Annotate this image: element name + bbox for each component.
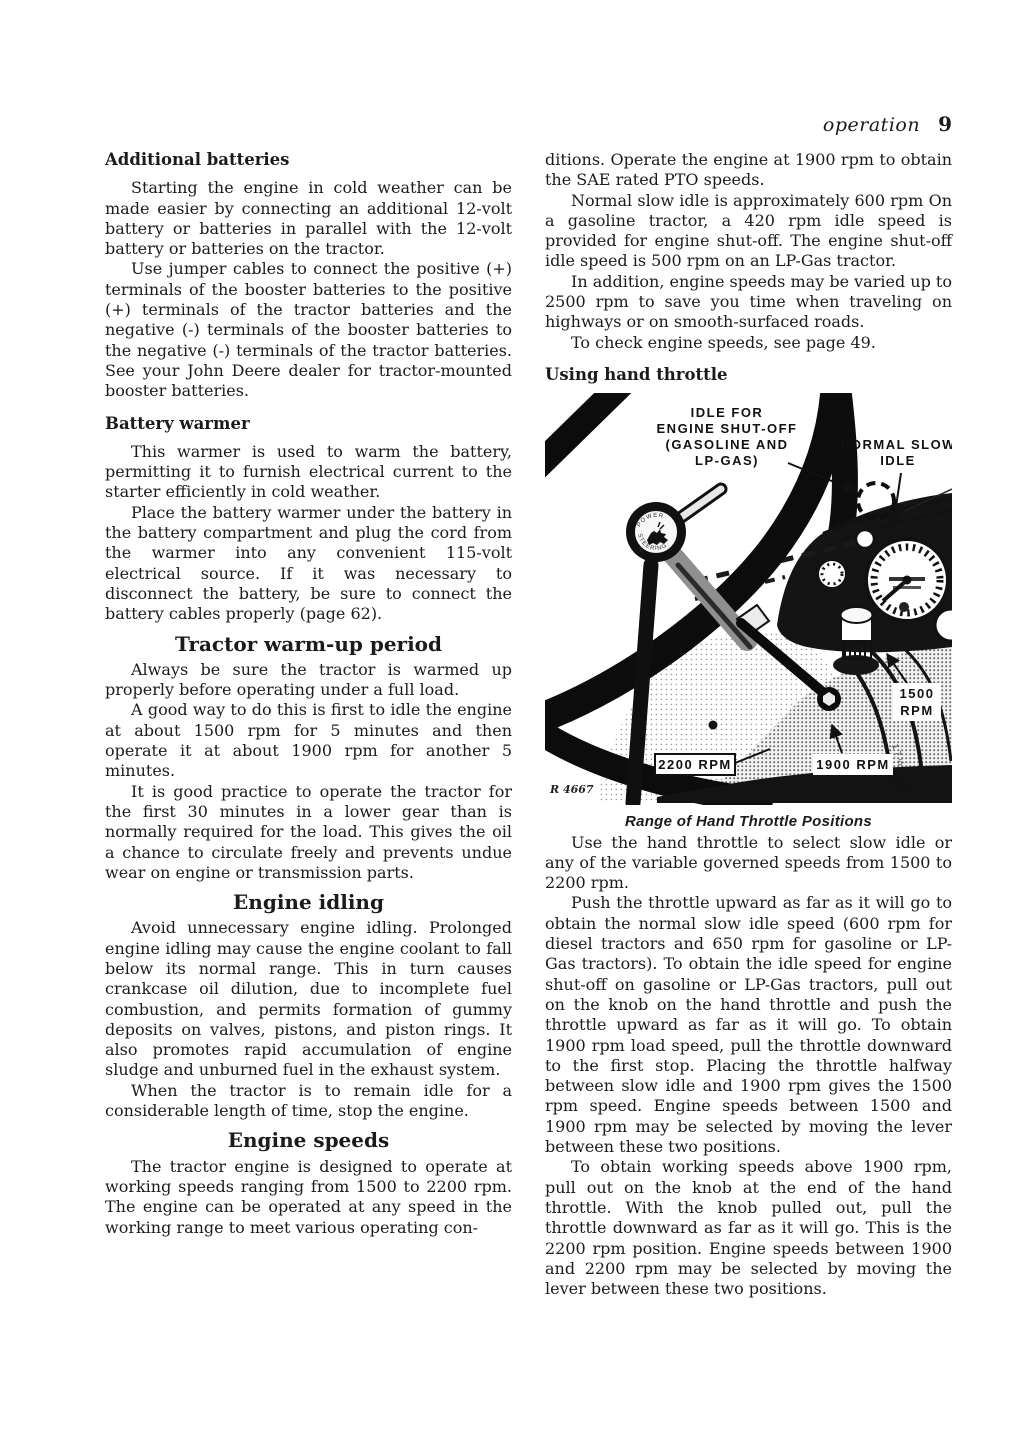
callout-2200-rpm: 2200 RPM: [655, 754, 735, 775]
callout-1900-rpm: 1900 RPM: [813, 754, 893, 775]
page-number: 9: [938, 112, 952, 136]
heading-additional-batteries: Additional batteries: [105, 150, 512, 170]
throttle-positions-figure: 1 7 ½ 4 1 POWER: [545, 393, 952, 832]
callout-text: IDLE FOR: [691, 405, 764, 420]
tachometer-gauge: [866, 539, 948, 621]
callout-text: 2200 RPM: [658, 757, 731, 772]
hub-medallion: POWER STEERING: [626, 502, 686, 562]
heading-engine-speeds: Engine speeds: [105, 1130, 512, 1150]
throttle-positions-photo: 1 7 ½ 4 1 POWER: [545, 393, 952, 805]
tank-bolt: [709, 721, 718, 730]
section-label: operation: [823, 114, 920, 136]
heading-tractor-warm-up-period: Tractor warm-up period: [105, 634, 512, 654]
paragraph: A good way to do this is first to idle t…: [105, 700, 512, 781]
paragraph: To check engine speeds, see page 49.: [545, 333, 952, 353]
paragraph: Use jumper cables to connect the positiv…: [105, 259, 512, 401]
small-dial: [818, 560, 846, 588]
callout-text: RPM: [900, 703, 933, 718]
paragraph: When the tractor is to remain idle for a…: [105, 1081, 512, 1122]
paragraph: Avoid unnecessary engine idling. Prolong…: [105, 918, 512, 1080]
callout-text: (GASOLINE AND: [665, 437, 788, 452]
paragraph: This warmer is used to warm the battery,…: [105, 442, 512, 503]
paragraph: Place the battery warmer under the batte…: [105, 503, 512, 625]
paragraph: Normal slow idle is approximately 600 rp…: [545, 191, 952, 272]
callout-text: 1500: [900, 686, 935, 701]
callout-text: NORMAL SLOW: [840, 437, 952, 452]
paragraph: Always be sure the tractor is warmed up …: [105, 660, 512, 701]
paragraph: Push the throttle upward as far as it wi…: [545, 893, 952, 1157]
paragraph: To obtain working speeds above 1900 rpm,…: [545, 1157, 952, 1299]
paragraph: Use the hand throttle to select slow idl…: [545, 833, 952, 894]
page-header: operation9: [545, 112, 952, 136]
callout-text: 1900 RPM: [816, 757, 889, 772]
figure-reference: R 4667: [549, 783, 594, 796]
callout-text: IDLE: [880, 453, 916, 468]
heading-battery-warmer: Battery warmer: [105, 414, 512, 434]
paragraph: It is good practice to operate the tract…: [105, 782, 512, 883]
left-column: Additional batteries Starting the engine…: [105, 150, 512, 1238]
paragraph: In addition, engine speeds may be varied…: [545, 272, 952, 333]
right-column: ditions. Operate the engine at 1900 rpm …: [545, 150, 952, 1299]
paragraph: Starting the engine in cold weather can …: [105, 178, 512, 259]
paragraph: ditions. Operate the engine at 1900 rpm …: [545, 150, 952, 191]
callout-text: ENGINE SHUT-OFF: [657, 421, 798, 436]
figure-caption: Range of Hand Throttle Positions: [545, 812, 952, 832]
paragraph: The tractor engine is designed to operat…: [105, 1157, 512, 1238]
heading-engine-idling: Engine idling: [105, 892, 512, 912]
callout-text: LP-GAS): [695, 453, 759, 468]
callout-1500-rpm: 1500 RPM: [893, 683, 941, 721]
heading-using-hand-throttle: Using hand throttle: [545, 365, 952, 385]
